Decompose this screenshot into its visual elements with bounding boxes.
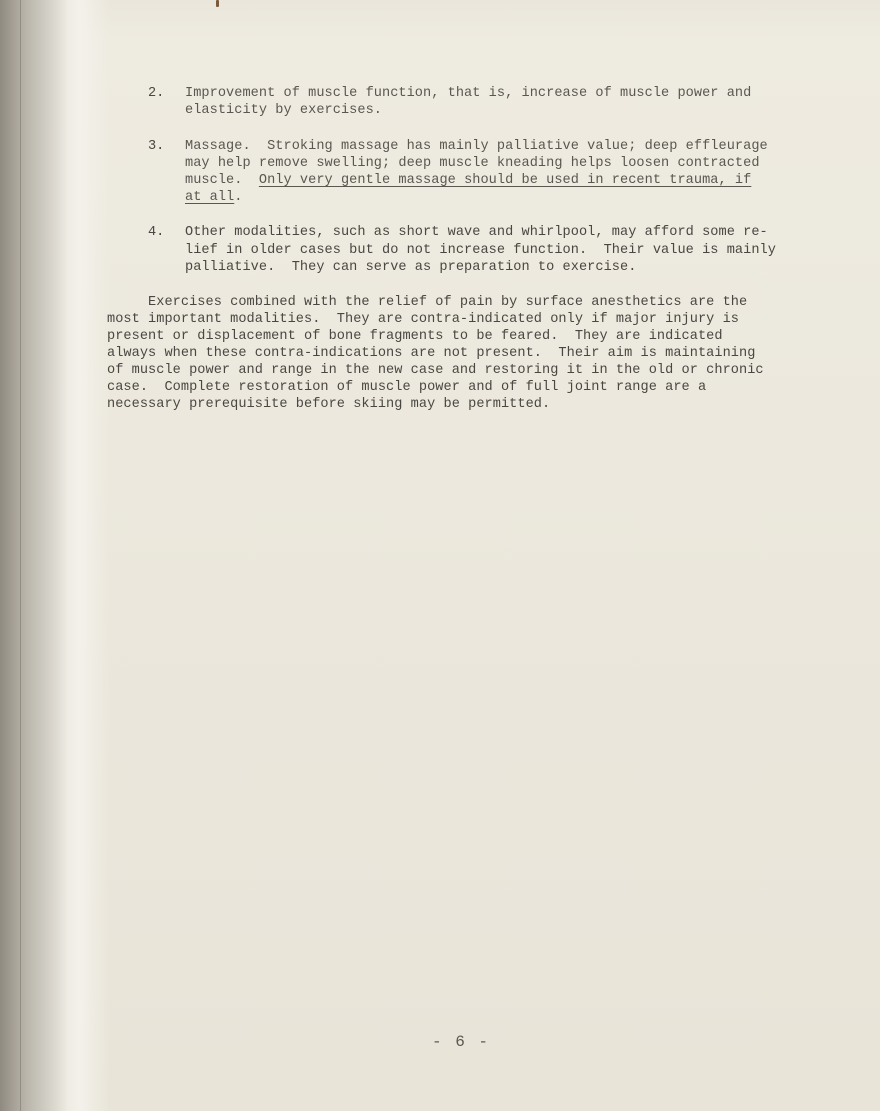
page-number: - 6 - [432, 1033, 490, 1051]
item-4-line-1: Other modalities, such as short wave and… [185, 224, 768, 242]
paper-mark [216, 0, 219, 7]
item-3-underlined-end: at all [185, 190, 234, 205]
item-3-underlined-warning: Only very gentle massage should be used … [259, 173, 751, 188]
paragraph-line-1: Exercises combined with the relief of pa… [107, 294, 747, 312]
item-4-line-3: palliative. They can serve as preparatio… [185, 259, 636, 277]
paragraph-line-3: present or displacement of bone fragment… [107, 328, 723, 346]
item-3-line-4: at all. [185, 189, 242, 207]
item-3-period: . [234, 190, 242, 205]
item-3-line-3: muscle. Only very gentle massage should … [185, 172, 751, 190]
paragraph-line-4: always when these contra-indications are… [107, 345, 755, 363]
paragraph-line-7: necessary prerequisite before skiing may… [107, 396, 550, 414]
item-3-line-1: Massage. Stroking massage has mainly pal… [185, 138, 768, 156]
item-3-number: 3. [148, 138, 164, 156]
paragraph-line-5: of muscle power and range in the new cas… [107, 362, 764, 380]
item-4-number: 4. [148, 224, 164, 242]
paragraph-line-6: case. Complete restoration of muscle pow… [107, 379, 706, 397]
document-page: 2. Improvement of muscle function, that … [0, 0, 880, 1111]
item-2-line-1: Improvement of muscle function, that is,… [185, 85, 751, 103]
item-3-line-3-plain: muscle. [185, 173, 259, 188]
item-2-number: 2. [148, 85, 164, 103]
item-3-line-2: may help remove swelling; deep muscle kn… [185, 155, 760, 173]
item-4-line-2: lief in older cases but do not increase … [185, 242, 776, 260]
item-2-line-2: elasticity by exercises. [185, 102, 382, 120]
paragraph-line-2: most important modalities. They are cont… [107, 311, 739, 329]
binding-gutter [20, 0, 21, 1111]
